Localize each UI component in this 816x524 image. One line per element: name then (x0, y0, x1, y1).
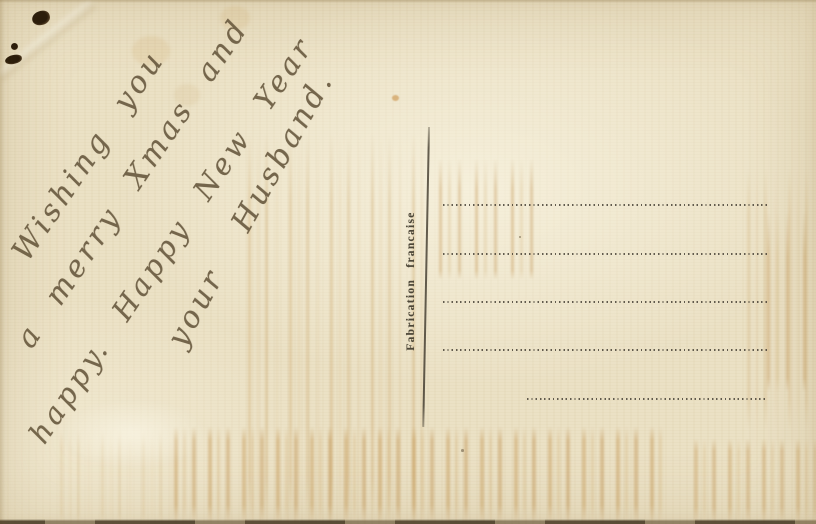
paper-speck (461, 449, 464, 452)
stain-bottom-right (688, 438, 816, 524)
address-line (443, 301, 769, 303)
divider-line (422, 127, 429, 427)
stain-fleck (392, 95, 399, 101)
address-line (443, 204, 768, 206)
ink-blot (11, 43, 18, 50)
stain-divider-cluster (432, 158, 542, 280)
emboss-mark (58, 398, 208, 470)
postcard-back: Fabrication francaise Wishing you a merr… (0, 0, 816, 524)
address-line (443, 253, 769, 255)
card-bottom-edge (0, 519, 816, 524)
card-top-edge (0, 0, 816, 3)
manufacturer-label: Fabrication francaise (403, 181, 419, 381)
stain-right-edge (742, 168, 816, 430)
ink-blot (31, 9, 52, 27)
address-line (443, 349, 768, 351)
stain-bottom-band (168, 426, 668, 524)
corner-crease (0, 0, 97, 82)
paper-speck (519, 236, 521, 238)
address-line (527, 398, 768, 400)
card-left-edge (0, 0, 5, 524)
